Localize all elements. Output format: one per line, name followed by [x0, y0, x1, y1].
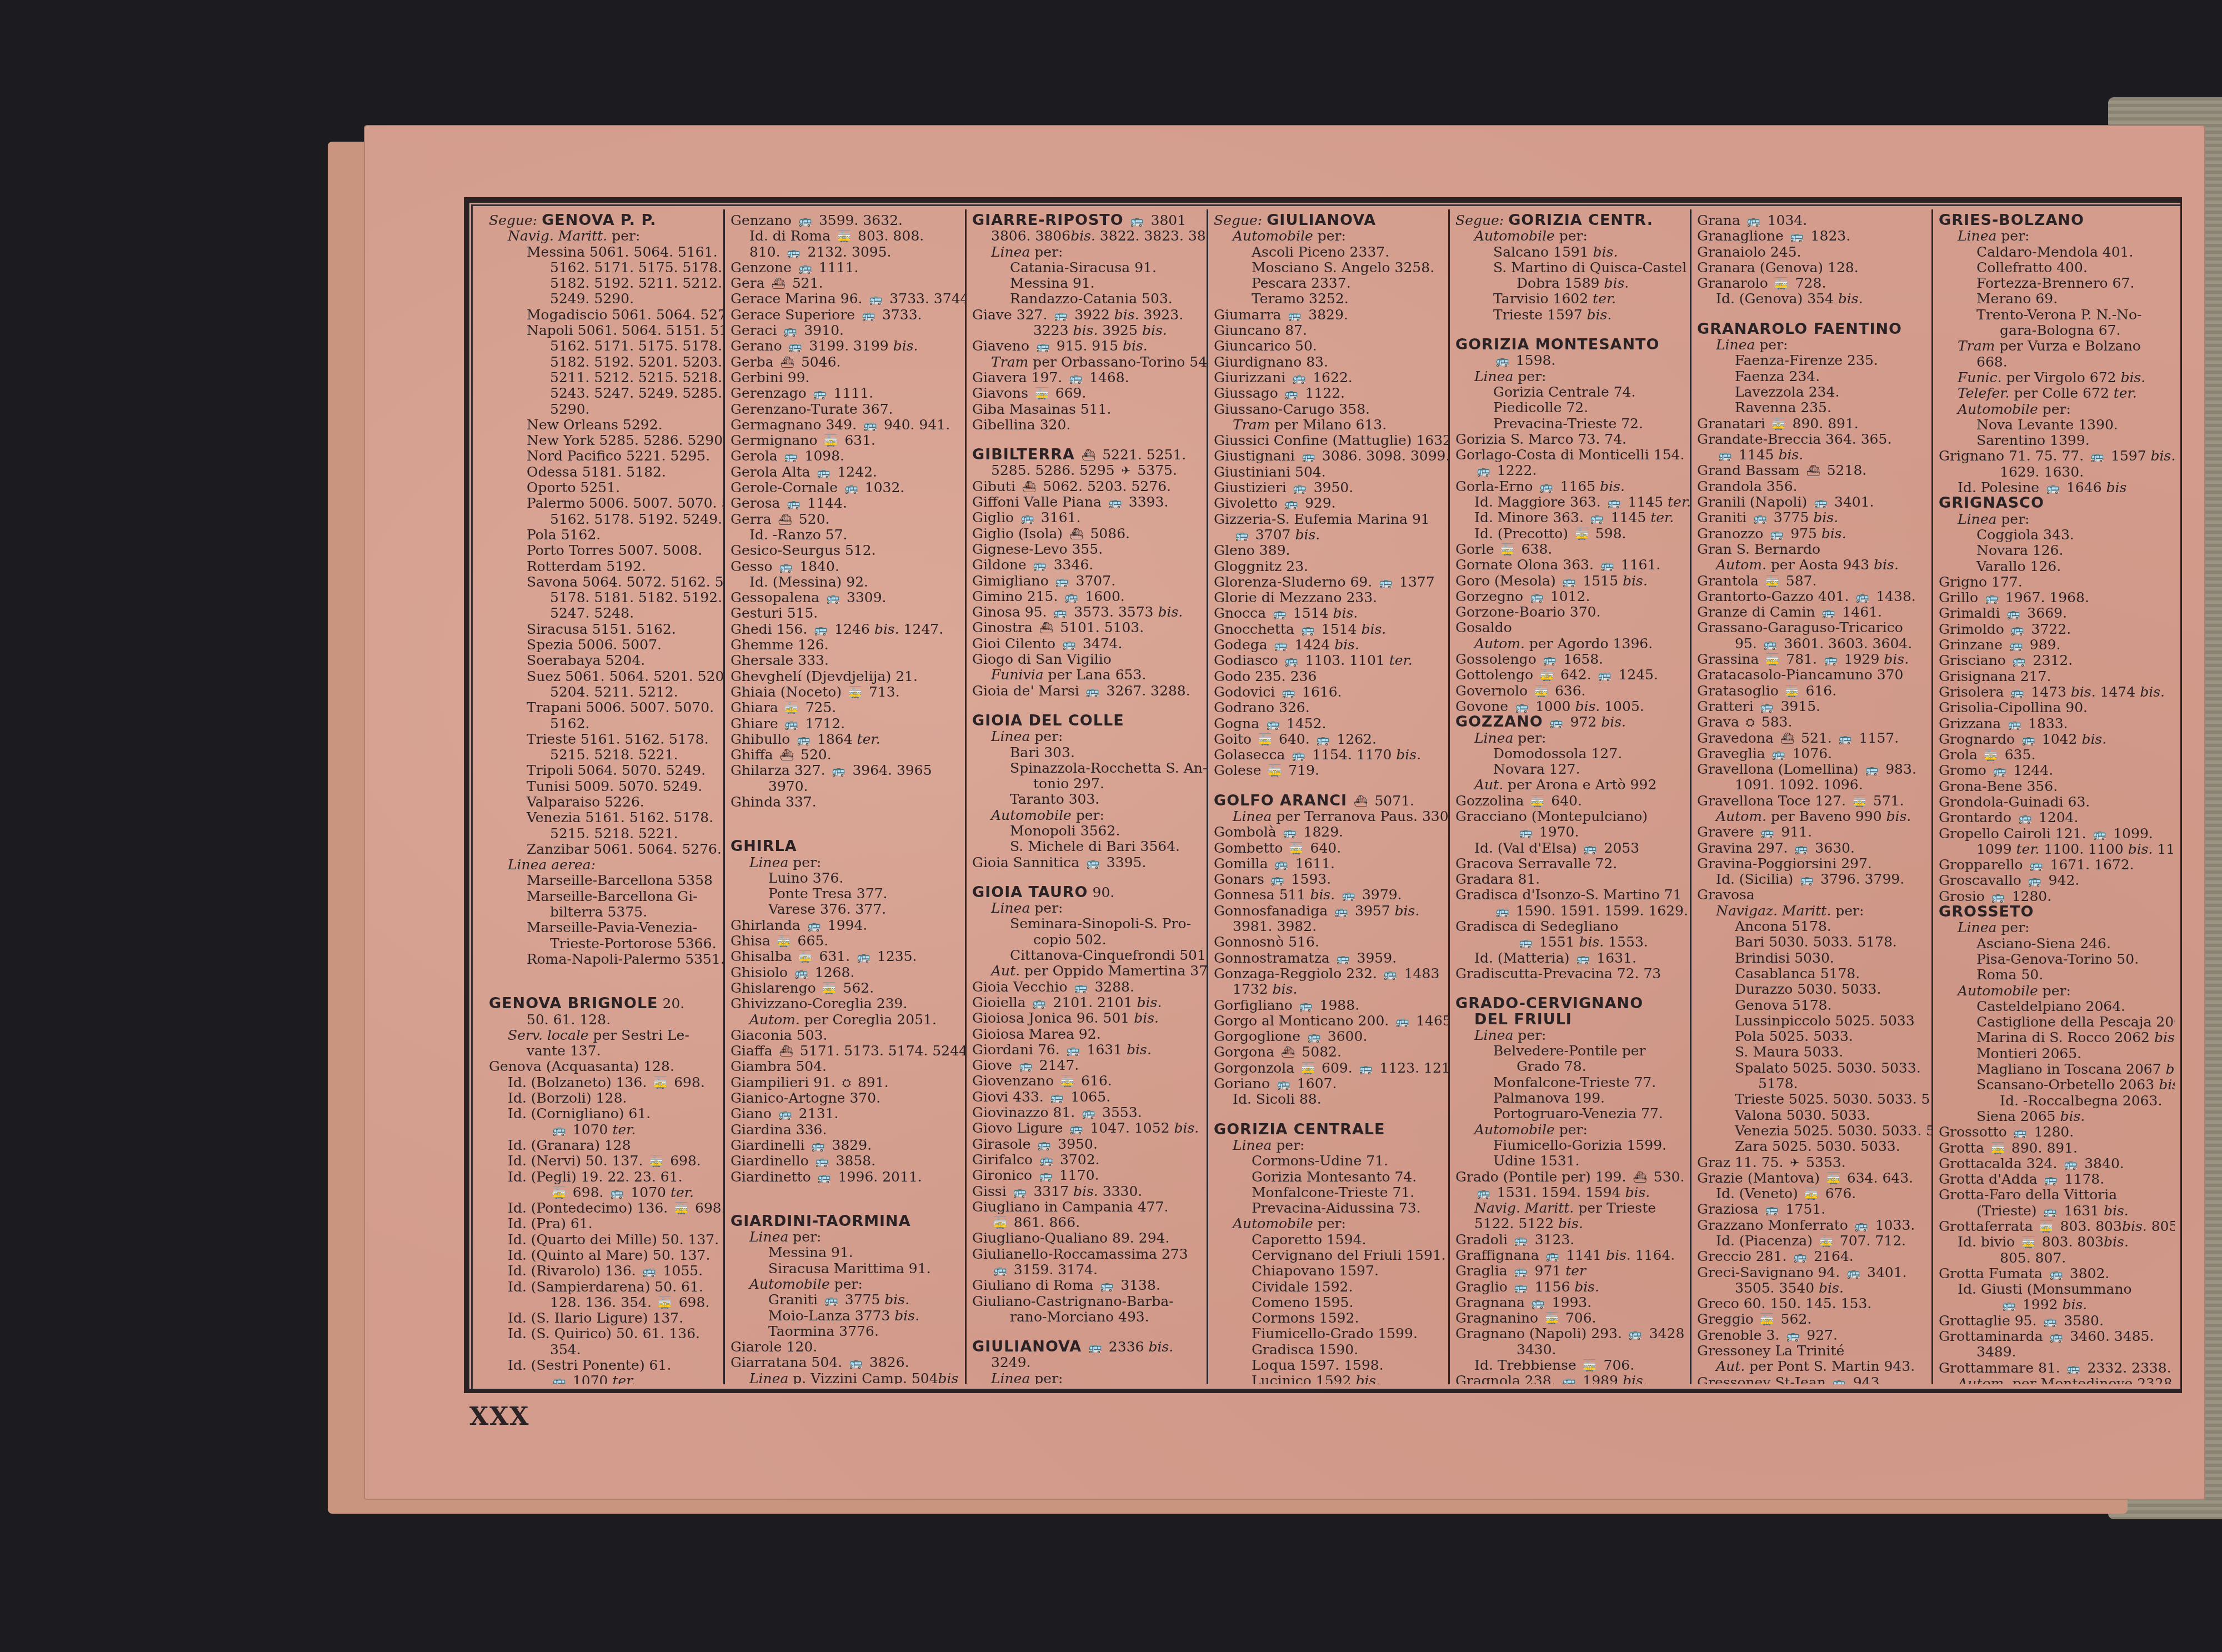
entry-text: 5101. 5103.: [1055, 619, 1144, 635]
bus-icon: 🚌: [1274, 637, 1288, 653]
index-entry: Gravina-Poggiorsini 297.: [1697, 856, 1927, 872]
bus-icon: 🚌: [1013, 1184, 1027, 1199]
index-entry: Trento-Verona P. N.-No-: [1939, 307, 2170, 323]
entry-text: Goro (Mesola): [1455, 573, 1560, 589]
entry-text: Giuliano-Castrignano-Barba-: [972, 1293, 1174, 1309]
index-entry: 3489.: [1939, 1344, 2170, 1360]
entry-text: Grenoble 3.: [1697, 1327, 1784, 1343]
entry-text: 5211. 5212. 5215. 5218. 5221.: [550, 369, 725, 386]
entry-text: 2312.: [2029, 652, 2073, 668]
index-entry: Autom. per Baveno 990 bis.: [1697, 809, 1927, 824]
bus-icon: 🚌: [813, 386, 827, 401]
service-label: Segue:: [1214, 212, 1267, 228]
index-entry: Linea per:: [1455, 730, 1685, 746]
index-entry: 5211. 5212. 5215. 5218. 5221.: [489, 370, 719, 386]
ship-icon: ⛴: [1039, 620, 1053, 635]
index-entry: Linea per:: [1455, 1028, 1685, 1043]
entry-text: Grisignana 217.: [1939, 668, 2051, 684]
index-entry: Varallo 126.: [1939, 559, 2170, 574]
entry-text: Varallo 126.: [1976, 558, 2061, 574]
entry-text: 5178. 5181. 5182. 5192. 5243.: [550, 589, 725, 605]
entry-text: 1091. 1092. 1096.: [1735, 777, 1863, 793]
entry-text: Grottaglie 95.: [1939, 1313, 2041, 1329]
entry-text: 3915.: [1776, 698, 1821, 714]
index-entry: Grola 🚋 635.: [1939, 747, 2170, 763]
entry-text: 3330.: [1098, 1183, 1143, 1199]
service-label: Linea aerea:: [508, 857, 595, 873]
entry-text: 520.: [796, 747, 832, 763]
index-entry: Id. di Roma 🚋 803. 808.: [730, 228, 960, 244]
index-entry: Bari 303.: [972, 745, 1202, 760]
bus-icon: 🚌: [824, 1292, 838, 1308]
entry-text: Gratacasolo-Piancamuno 370: [1697, 667, 1903, 683]
entry-text: Gravellona Toce 127.: [1697, 793, 1850, 809]
index-entry: 5243. 5247. 5249. 5285. 5286.: [489, 386, 719, 401]
entry-text: Gorla-Erno: [1455, 478, 1538, 494]
index-entry: Salcano 1591 bis.: [1455, 244, 1685, 260]
entry-text: per Montedinove 2328: [2008, 1375, 2173, 1384]
index-entry: Grisolera 🚌 1473 bis. 1474 bis.: [1939, 684, 2170, 700]
index-entry: Gonars 🚌 1593.: [1214, 872, 1444, 887]
entry-text: Giave 327.: [972, 307, 1052, 323]
entry-text: Giussano-Carugo 358.: [1214, 401, 1370, 417]
bus-icon: 🚌: [1793, 1249, 1807, 1264]
entry-text: Lucinico 1592: [1252, 1373, 1355, 1384]
bus-icon: 🚌: [1054, 604, 1068, 620]
entry-text: 5247. 5248.: [550, 605, 634, 621]
index-entry: Gorzegno 🚌 1012.: [1455, 589, 1685, 604]
entry-text: 634. 643.: [1843, 1170, 1913, 1186]
entry-text: 5375.: [1133, 462, 1177, 478]
station-heading: GIOIA DEL COLLE: [972, 712, 1124, 729]
entry-text: 698.: [674, 1294, 710, 1310]
entry-text: 3829.: [1304, 307, 1348, 323]
entry-text: 698.: [669, 1074, 705, 1090]
index-entry: Girasole 🚌 3950.: [972, 1137, 1202, 1152]
entry-text: per:: [1513, 730, 1546, 746]
index-entry: Gnocca 🚌 1514 bis.: [1214, 605, 1444, 621]
entry-text: Marseille-Barcellona 5358: [527, 872, 713, 888]
index-entry: Gorgonzola 🚋 609. 🚌 1123. 1210: [1214, 1060, 1444, 1076]
entry-text: 5046.: [797, 354, 841, 370]
bus-icon: 🚌: [1824, 652, 1838, 667]
bus-icon: 🚌: [1293, 480, 1307, 495]
index-entry: Gornate Olona 363. 🚌 1161.: [1455, 557, 1685, 573]
bus-icon: 🚌: [2011, 622, 2025, 637]
entry-text: Governolo: [1455, 683, 1532, 699]
index-heading: GIBILTERRA ⛴ 5221. 5251.: [972, 447, 1202, 463]
bus-icon: 🚌: [1562, 1373, 1576, 1384]
index-entry: Ghemme 126.: [730, 637, 960, 653]
entry-text: 927.: [1802, 1327, 1838, 1343]
index-entry: Grado 78.: [1455, 1059, 1685, 1074]
entry-text: 1833.: [2024, 715, 2068, 732]
entry-text: per:: [788, 1229, 821, 1245]
service-label: Linea: [991, 1370, 1030, 1384]
entry-text: Belvedere-Pontile per: [1493, 1043, 1646, 1059]
entry-text: Grola: [1939, 747, 1982, 763]
index-entry: Ghilarza 327. 🚌 3964. 3965: [730, 763, 960, 778]
index-entry: New York 5285. 5286. 5290: [489, 433, 719, 448]
tram-icon: 🚋: [1775, 276, 1789, 291]
index-entry: Id. (Pra) 61.: [489, 1216, 719, 1232]
index-entry: Graglio 🚌 1156 bis.: [1455, 1279, 1685, 1295]
index-entry: Glorenza-Sluderno 69. 🚌 1377: [1214, 574, 1444, 590]
entry-text: Goriano: [1214, 1075, 1274, 1092]
entry-text: 2164.: [1809, 1248, 1854, 1264]
index-entry: Tripoli 5064. 5070. 5249.: [489, 763, 719, 778]
bus-icon: 🚌: [1055, 573, 1069, 589]
entry-text: 587.: [1781, 573, 1817, 589]
entry-text: Gorizia S. Marco 73. 74.: [1455, 431, 1627, 447]
entry-text: Gravina-Poggiorsini 297.: [1697, 855, 1872, 872]
entry-text: Gioia de' Marsi: [972, 683, 1084, 699]
tram-icon: 🚋: [1540, 667, 1554, 683]
index-entry: Gravosa: [1697, 887, 1927, 903]
index-entry: Graglia 🚌 971 ter: [1455, 1263, 1685, 1279]
index-entry: Grado (Pontile per) 199. ⛴ 530.: [1455, 1169, 1685, 1185]
index-entry: Girifalco 🚌 3702.: [972, 1152, 1202, 1168]
index-entry: Grottaminarda 🚌 3460. 3485.: [1939, 1329, 2170, 1344]
service-label: bis: [2106, 479, 2127, 495]
bus-icon: 🚌: [1285, 386, 1299, 401]
service-label: Funivia: [991, 667, 1044, 683]
entry-text: 1111.: [829, 385, 874, 401]
index-entry: Tunisi 5009. 5070. 5249.: [489, 779, 719, 794]
entry-text: Pisa-Genova-Torino 50.: [1976, 951, 2139, 967]
entry-text: Tarvisio 1602: [1493, 291, 1593, 307]
index-entry: Novara 126.: [1939, 543, 2170, 558]
entry-text: 3707: [1251, 527, 1295, 543]
entry-text: Gran S. Bernardo: [1697, 541, 1820, 557]
entry-text: Trieste 5025. 5030. 5033. 5178.: [1735, 1091, 1933, 1107]
entry-text: Grazie (Mantova): [1697, 1170, 1824, 1186]
entry-text: Fiumicello-Grado 1599.: [1252, 1325, 1418, 1341]
index-entry: Grizzana 🚌 1833.: [1939, 716, 2170, 732]
entry-text: per:: [607, 228, 640, 244]
entry-text: Grottacalda 324.: [1939, 1155, 2061, 1172]
service-label: bis.: [1073, 1183, 1098, 1199]
entry-text: 972: [1566, 714, 1602, 730]
bus-icon: 🚌: [2006, 605, 2020, 621]
bus-icon: 🚌: [1273, 605, 1287, 621]
entry-text: 5178.: [1758, 1075, 1798, 1092]
service-label: Serv. locale: [508, 1027, 589, 1043]
entry-text: Trento-Verona P. N.-No-: [1976, 307, 2141, 323]
bus-icon: 🚌: [814, 622, 828, 637]
entry-text: 1590. 1591. 1599. 1629.: [1512, 903, 1688, 919]
entry-text: per Virgolo 672: [2002, 369, 2121, 386]
bus-icon: 🚌: [815, 1153, 829, 1169]
ship-icon: ⛴: [1022, 479, 1036, 494]
index-entry: Giovenzano 🚋 616.: [972, 1073, 1202, 1089]
entry-text: 95.: [1735, 635, 1761, 652]
entry-text: 1165: [1556, 478, 1600, 494]
index-entry: Grisolia-Cipollina 90.: [1939, 700, 2170, 715]
bus-icon: 🚌: [1108, 494, 1122, 510]
entry-text: Id. (Bolzaneto) 136.: [508, 1074, 651, 1090]
index-entry: Gratacasolo-Piancamuno 370: [1697, 667, 1927, 683]
entry-text: Udine 1531.: [1493, 1153, 1579, 1169]
service-label: bis.: [1395, 903, 1420, 919]
entry-text: 942.: [2044, 872, 2080, 888]
entry-text: 642.: [1556, 667, 1596, 683]
entry-text: Collefratto 400.: [1976, 259, 2088, 276]
bus-icon: 🚌: [1019, 1058, 1033, 1073]
entry-text: Grona-Bene 356.: [1939, 778, 2058, 794]
index-entry: Ghiare 🚌 1712.: [730, 716, 960, 732]
bus-icon: 🚌: [1271, 872, 1285, 887]
index-entry: Gogna 🚌 1452.: [1214, 716, 1444, 732]
entry-text: Gleno 389.: [1214, 542, 1290, 558]
index-entry: Tarvisio 1602 ter.: [1455, 291, 1685, 307]
entry-text: Caporetto 1594.: [1252, 1232, 1367, 1248]
bus-icon: 🚌: [1795, 840, 1809, 856]
index-entry: 🚌 1145 bis.: [1697, 447, 1927, 463]
bus-icon: 🚌: [1786, 1328, 1800, 1343]
entry-text: Luino 376.: [768, 870, 843, 886]
index-entry: Greco 60. 150. 145. 153.: [1697, 1296, 1927, 1311]
entry-text: 3460. 3485.: [2065, 1328, 2154, 1344]
index-entry: Taormina 3776.: [730, 1324, 960, 1339]
index-heading: GHIRLA: [730, 839, 960, 854]
index-entry: Grisignana 217.: [1939, 669, 2170, 684]
spacer: [1214, 779, 1444, 793]
index-entry: Gorgona ⛴ 5082.: [1214, 1044, 1444, 1060]
index-entry: Giaffa ⛴ 5171. 5173. 5174. 5244.: [730, 1043, 960, 1059]
station-heading: DEL FRIULI: [1474, 1011, 1572, 1028]
bus-icon: 🚌: [1288, 307, 1302, 323]
bus-icon: 🚌: [2067, 1360, 2081, 1376]
service-label: ter.: [612, 1122, 635, 1138]
entry-text: Gerra: [730, 511, 776, 527]
service-label: Linea: [1474, 368, 1513, 384]
index-entry: Randazzo-Catania 503.: [972, 291, 1202, 307]
entry-text: 5215. 5218. 5221.: [550, 825, 678, 842]
entry-text: 1111.: [814, 259, 859, 276]
entry-text: Grottaminarda: [1939, 1328, 2047, 1344]
entry-text: 521.: [788, 275, 823, 291]
entry-text: Gozzolina: [1455, 793, 1528, 809]
index-entry: 5122. 5122 bis.: [1455, 1216, 1685, 1232]
entry-text: Ghiara: [730, 699, 783, 715]
index-entry: Id. (Piacenza) 🚋 707. 712.: [1697, 1233, 1927, 1249]
entry-text: 5082.: [1297, 1044, 1342, 1060]
entry-text: 3802.: [2065, 1265, 2110, 1281]
index-entry: Gonnosnò 516.: [1214, 934, 1444, 950]
entry-text: Giussici Confine (Mattuglie) 1632: [1214, 432, 1450, 448]
index-entry: Giussano-Carugo 358.: [1214, 402, 1444, 417]
entry-text: 3733.: [878, 307, 922, 323]
index-entry: Ghersale 333.: [730, 653, 960, 668]
bus-icon: 🚌: [2093, 826, 2106, 842]
tram-icon: 🚋: [1991, 1140, 2005, 1156]
index-entry: Navigaz. Maritt. per:: [1697, 903, 1927, 919]
entry-text: Pescara 2337.: [1252, 275, 1351, 291]
index-entry: Casteldelpiano 2064.: [1939, 999, 2170, 1014]
index-entry: Gorfigliano 🚌 1988.: [1214, 998, 1444, 1013]
service-label: ter.: [2114, 385, 2137, 401]
index-entry: Gradisca 1590.: [1214, 1342, 1444, 1358]
entry-text: 5171. 5173. 5174. 5244.: [795, 1043, 967, 1059]
entry-text: Ghivizzano-Coreglia 239.: [730, 995, 907, 1012]
index-entry: Ghiffa ⛴ 520.: [730, 747, 960, 763]
index-entry: Ghevghelí (Djevdjelija) 21.: [730, 669, 960, 684]
entry-text: 3858.: [832, 1153, 876, 1169]
bus-icon: 🚌: [1292, 747, 1305, 763]
entry-text: Grognardo: [1939, 731, 2019, 747]
entry-text: Gizzeria-S. Eufemia Marina 91: [1214, 511, 1430, 527]
entry-text: 90.: [1088, 884, 1115, 900]
entry-text: 1829.: [1299, 824, 1344, 840]
entry-text: Ravenna 235.: [1735, 399, 1831, 415]
entry-text: Giavons: [972, 385, 1033, 401]
entry-text: per:: [830, 1276, 863, 1292]
entry-text: Cervignano del Friuli 1591.: [1252, 1247, 1446, 1263]
index-entry: Dobra 1589 bis.: [1455, 276, 1685, 291]
bus-icon: 🚌: [1800, 872, 1814, 887]
index-entry: Gragnano (Napoli) 293. 🚌 3428: [1455, 1326, 1685, 1341]
index-entry: Giogo di San Vigilio: [972, 652, 1202, 667]
index-entry: 🚌 1222.: [1455, 463, 1685, 478]
bus-icon: 🚌: [818, 1169, 832, 1185]
index-entry: Germignano 🚋 631.: [730, 433, 960, 448]
entry-text: per Vurza e Bolzano: [1995, 338, 2141, 354]
index-entry: 🚌 1070 ter.: [489, 1122, 719, 1138]
index-entry: Gressoney St-Jean 🚌 943.: [1697, 1375, 1927, 1384]
entry-text: Gogna: [1214, 715, 1264, 732]
index-entry: 5162. 5171. 5175. 5178. 5181.: [489, 260, 719, 276]
station-heading: GENOVA P. P.: [542, 212, 656, 229]
service-label: ter.: [1593, 291, 1616, 307]
index-entry: Gerba ⛴ 5046.: [730, 354, 960, 370]
index-entry: 🚌 1970.: [1455, 824, 1685, 840]
entry-text: Spinazzola-Rocchetta S. An-: [1010, 760, 1207, 776]
entry-text: 2101. 2101: [1049, 994, 1137, 1010]
index-column: Segue: GENOVA P. P.Navig. Maritt. per:Me…: [483, 209, 725, 1384]
entry-text: Gorgoglione: [1214, 1028, 1305, 1044]
entry-text: 1065.: [1067, 1089, 1111, 1105]
entry-text: 1751.: [1781, 1201, 1826, 1217]
entry-text: 1593.: [1287, 871, 1332, 887]
entry-text: 805: [2147, 1218, 2175, 1234]
index-entry: Nord Pacifico 5221. 5295.: [489, 448, 719, 464]
index-entry: Id. (Borzoli) 128.: [489, 1090, 719, 1106]
ship-icon: ⛴: [772, 276, 785, 291]
entry-text: 1099.: [2109, 825, 2153, 842]
index-entry: Palermo 5006. 5007. 5070. 5161: [489, 495, 719, 511]
entry-text: Gorgo al Monticano 200.: [1214, 1013, 1393, 1029]
index-entry: Goito 🚋 640. 🚌 1262.: [1214, 732, 1444, 747]
index-entry: Gleno 389.: [1214, 543, 1444, 558]
spacer: [1214, 1108, 1444, 1122]
entry-text: copio 502.: [1033, 932, 1107, 948]
service-label: bis.: [1587, 307, 1612, 323]
entry-text: 3223: [1033, 322, 1073, 338]
entry-text: per Sestri Le-: [589, 1027, 689, 1043]
tram-icon: 🚋: [1805, 1186, 1819, 1202]
index-entry: 🚋 698. 🚌 1070 ter.: [489, 1185, 719, 1200]
index-entry: Giovo Ligure 🚌 1047. 1052 bis.: [972, 1120, 1202, 1136]
index-entry: Grigno 177.: [1939, 574, 2170, 590]
entry-text: Grana: [1697, 212, 1745, 228]
index-entry: Grassina 🚋 781. 🚌 1929 bis.: [1697, 652, 1927, 667]
index-entry: Ghedi 156. 🚌 1246 bis. 1247.: [730, 622, 960, 637]
index-entry: 🚌 1598.: [1455, 353, 1685, 368]
index-entry: Linea per:: [730, 855, 960, 870]
bus-icon: 🚌: [849, 1355, 863, 1370]
index-entry: Grotta-Faro della Vittoria: [1939, 1187, 2170, 1203]
index-entry: Giugliano-Qualiano 89. 294.: [972, 1230, 1202, 1246]
tram-icon: 🚋: [837, 228, 851, 244]
index-entry: Givoletto 🚌 929.: [1214, 495, 1444, 511]
index-entry: Giaveno 🚌 915. 915 bis.: [972, 338, 1202, 354]
service-label: bis.: [893, 338, 918, 354]
index-entry: tonio 297.: [972, 776, 1202, 792]
entry-text: Porto Torres 5007. 5008.: [527, 542, 702, 558]
entry-text: Gesso: [730, 558, 777, 574]
bus-icon: 🚌: [1036, 338, 1050, 354]
entry-text: 3309.: [842, 589, 887, 605]
ship-icon: ⛴: [780, 747, 794, 763]
index-entry: Genzano 🚌 3599. 3632.: [730, 213, 960, 228]
index-entry: Id. Maggiore 363. 🚌 1145 ter.: [1455, 494, 1685, 510]
index-entry: Gimigliano 🚌 3707.: [972, 573, 1202, 589]
entry-text: Graziosa: [1697, 1201, 1763, 1217]
tram-icon: 🚋: [1760, 1311, 1774, 1327]
entry-text: Genzano: [730, 212, 796, 228]
entry-text: Ghiare: [730, 715, 783, 732]
index-entry: Gerole-Cornale 🚌 1032.: [730, 480, 960, 495]
index-entry: Aut. per Oppido Mamertina 3742.: [972, 963, 1202, 979]
entry-text: Grand Bassam: [1697, 462, 1804, 478]
index-entry: Scansano-Orbetello 2063 bis: [1939, 1077, 2170, 1093]
entry-text: 3669.: [2023, 605, 2067, 621]
entry-text: 3138.: [1116, 1277, 1160, 1293]
entry-text: Grignano 71. 75. 77.: [1939, 448, 2088, 464]
index-entry: Savona 5064. 5072. 5162. 5175.: [489, 574, 719, 590]
entry-text: 1473: [2026, 684, 2071, 700]
entry-text: Gorizia Centrale 74.: [1493, 384, 1635, 400]
index-entry: Linea per:: [1697, 337, 1927, 353]
service-label: Automobile: [1958, 401, 2038, 417]
entry-text: Gracova Serravalle 72.: [1455, 855, 1617, 872]
index-entry: Linea per:: [972, 244, 1202, 260]
index-entry: Gesso 🚌 1840.: [730, 559, 960, 574]
entry-text: 676.: [1821, 1185, 1856, 1202]
index-entry: Gressoney La Trinité: [1697, 1343, 1927, 1359]
tram-icon: 🚋: [2040, 1219, 2054, 1234]
index-entry: Gorla-Erno 🚌 1165 bis.: [1455, 479, 1685, 494]
bus-icon: 🚌: [1770, 526, 1784, 542]
entry-text: Giglio (Isola): [972, 525, 1067, 542]
entry-text: 3950.: [1309, 479, 1354, 495]
index-entry: Lucinico 1592 bis.: [1214, 1373, 1444, 1384]
index-entry: Serv. locale per Sestri Le-: [489, 1028, 719, 1043]
entry-text: Giaconia 503.: [730, 1027, 828, 1043]
index-entry: Ravenna 235.: [1697, 400, 1927, 415]
entry-text: Gorzone-Boario 370.: [1455, 604, 1600, 620]
index-entry: Gissi 🚌 3317 bis. 3330.: [972, 1184, 1202, 1199]
bus-icon: 🚌: [2049, 1266, 2063, 1281]
index-entry: 5215. 5218. 5221.: [489, 826, 719, 842]
entry-text: 1157.: [1855, 730, 1899, 746]
entry-text: per Coreglia 2051.: [800, 1012, 937, 1028]
index-entry: Trieste-Portorose 5366.: [489, 936, 719, 952]
bus-icon: 🚌: [1039, 1168, 1053, 1183]
entry-text: 562.: [839, 980, 874, 996]
index-entry: Geraci 🚌 3910.: [730, 323, 960, 338]
